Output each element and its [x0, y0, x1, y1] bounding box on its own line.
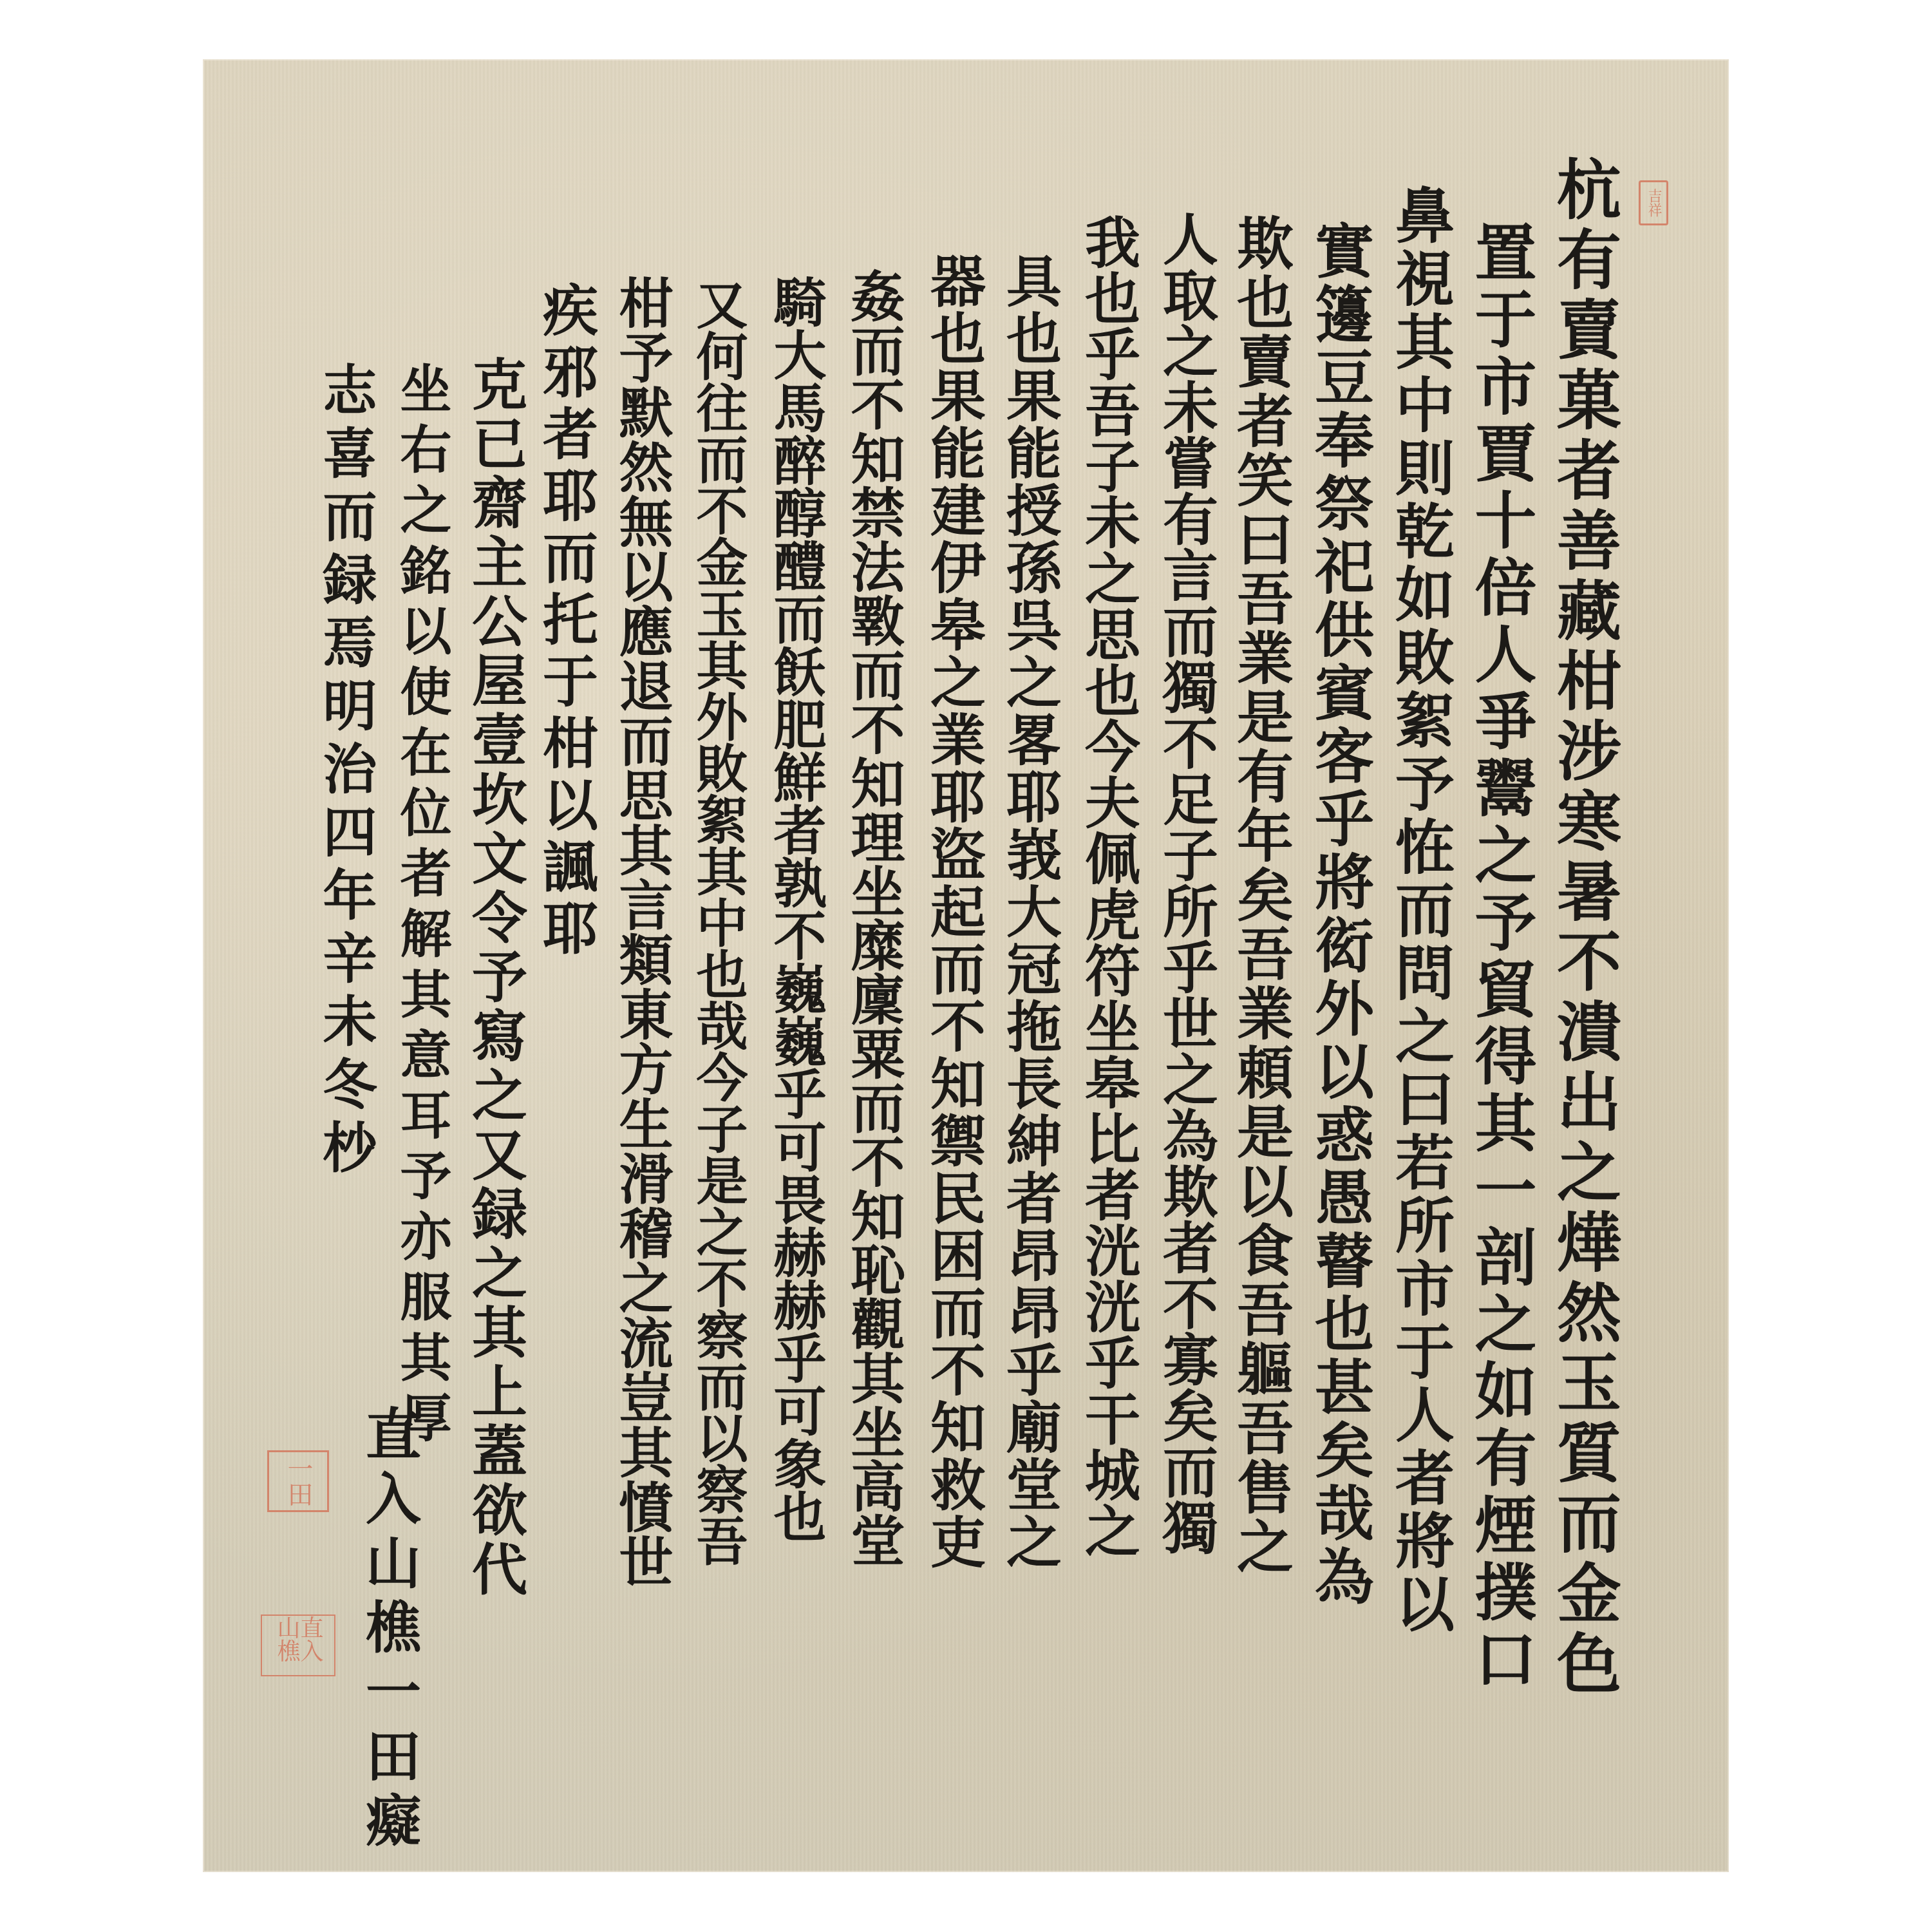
text-column-12: 又何往而不金玉其外敗絮其中也哉今子是之不察而以察吾 [692, 278, 744, 1566]
scroll-paper: 杭有賣菓者善藏柑涉寒暑不潰出之燁然玉質而金色 置于市賈十倍人爭鬻之予貿得其一剖之… [203, 59, 1729, 1872]
text-column-14: 疾邪者耶而托于柑以諷耶 [538, 281, 593, 961]
text-column-13: 柑予默然無以應退而思其言類東方生滑稽之流豈其憤世 [615, 275, 669, 1589]
text-column-2: 置于市賈十倍人爭鬻之予貿得其一剖之如有煙撲口 [1470, 220, 1532, 1694]
text-column-16: 坐右之銘以使在位者解其意耳予亦服其厚 [396, 362, 447, 1452]
text-column-8: 具也果能授孫呉之畧耶峩大冠拖長紳者昂昂乎廟堂之 [1001, 252, 1057, 1571]
text-column-1: 杭有賣菓者善藏柑涉寒暑不潰出之燁然玉質而金色 [1552, 156, 1616, 1700]
text-column-15: 克已齋主公屋壹坎文令予寫之又録之其上蓋欲代 [467, 355, 522, 1600]
text-column-18-signature: 直入山樵一田癡 [361, 1405, 416, 1856]
text-column-4: 實籩豆奉祭祀供賓客乎將衒外以惑愚瞽也甚矣哉為 [1310, 220, 1370, 1609]
seal-lower-left-upper: 一田 [267, 1450, 329, 1512]
seal-lower-left-lower: 直入山樵 [261, 1615, 335, 1676]
text-column-11: 騎大馬醉醇醴而飫肥鮮者孰不巍巍乎可畏赫赫乎可象也 [769, 275, 822, 1542]
seal-top-right: 吉祥 [1639, 180, 1668, 225]
text-column-10: 姦而不知禁法斁而不知理坐糜廩粟而不知恥觀其坐高堂 [847, 269, 901, 1567]
text-column-3: 鼻視其中則乾如敗絮予恠而問之曰若所市于人者將以 [1391, 185, 1450, 1636]
text-column-6: 人取之未嘗有言而獨不足子所乎世之為欺者不寡矣而獨 [1158, 211, 1213, 1555]
text-column-5: 欺也賣者笑曰吾業是有年矣吾業頼是以食吾軀吾售之 [1233, 214, 1290, 1577]
text-column-7: 我也乎吾子未之思也今夫佩虎符坐皋比者洸洸乎干城之 [1080, 214, 1135, 1558]
text-column-9: 器也果能建伊皋之業耶盜起而不知禦民困而不知救吏 [925, 252, 981, 1571]
text-column-17-date: 志喜而録焉明治四年辛未冬杪 [319, 362, 373, 1182]
